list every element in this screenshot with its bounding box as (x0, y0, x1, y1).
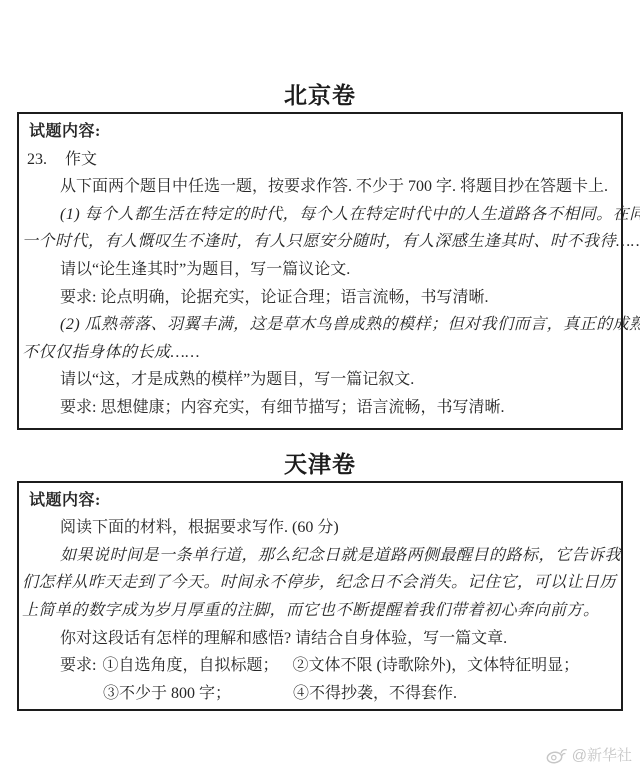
beijing-prompt2-line1: (2) 瓜熟蒂落、羽翼丰满，这是草木鸟兽成熟的模样；但对我们而言，真正的成熟却 (22, 311, 615, 339)
beijing-paper-title: 北京卷 (0, 0, 640, 109)
tianjin-paper-title: 天津卷 (0, 430, 640, 478)
beijing-question-name: 作文 (65, 151, 97, 168)
beijing-question-box: 试题内容: 23.作文 从下面两个题目中任选一题，按要求作答. 不少于 700 … (17, 112, 623, 430)
beijing-task2-line: 请以“这，才是成熟的模样”为题目，写一篇记叙文. (22, 366, 615, 394)
tianjin-intro-line: 阅读下面的材料，根据要求写作. (60 分) (22, 514, 615, 542)
tianjin-question-box: 试题内容: 阅读下面的材料，根据要求写作. (60 分) 如果说时间是一条单行道… (17, 481, 623, 712)
beijing-question-number-line: 23.作文 (22, 146, 615, 174)
beijing-prompt1-line2: 一个时代，有人慨叹生不逢时，有人只愿安分随时，有人深感生逢其时、时不我待…… (22, 228, 615, 256)
tianjin-requirements-line2: ③不少于 800 字；④不得抄袭，不得套作. (22, 680, 615, 708)
watermark: @新华社 (545, 744, 632, 765)
tianjin-question-line: 你对这段话有怎样的理解和感悟? 请结合自身体验，写一篇文章. (22, 625, 615, 653)
beijing-task1-line: 请以“论生逢其时”为题目，写一篇议论文. (22, 256, 615, 284)
tianjin-section-header: 试题内容: (22, 487, 615, 515)
beijing-requirements1-line: 要求: 论点明确，论据充实，论证合理；语言流畅，书写清晰. (22, 284, 615, 312)
beijing-prompt1-line1: (1) 每个人都生活在特定的时代，每个人在特定时代中的人生道路各不相同。在同 (22, 201, 615, 229)
tianjin-requirements-line1: 要求:①自选角度，自拟标题；②文体不限 (诗歌除外)，文体特征明显； (22, 652, 615, 680)
tianjin-material-line3: 上简单的数字成为岁月厚重的注脚，而它也不断提醒着我们带着初心奔向前方。 (22, 597, 615, 625)
beijing-question-number: 23. (27, 151, 47, 168)
beijing-intro-line: 从下面两个题目中任选一题，按要求作答. 不少于 700 字. 将题目抄在答题卡上… (22, 173, 615, 201)
beijing-prompt2-line2: 不仅仅指身体的长成…… (22, 339, 615, 367)
beijing-requirements2-line: 要求: 思想健康；内容充实，有细节描写；语言流畅，书写清晰. (22, 394, 615, 422)
tianjin-requirements-label: 要求: (60, 657, 96, 674)
tianjin-material-line2: 们怎样从昨天走到了今天。时间永不停步，纪念日不会消失。记住它，可以让日历 (22, 569, 615, 597)
tianjin-requirement-item-3: ③不少于 800 字； (103, 680, 293, 708)
tianjin-requirement-item-1: ①自选角度，自拟标题； (102, 652, 292, 680)
tianjin-material-line1: 如果说时间是一条单行道，那么纪念日就是道路两侧最醒目的路标，它告诉我 (22, 542, 615, 570)
weibo-icon (545, 745, 569, 765)
page: 北京卷 试题内容: 23.作文 从下面两个题目中任选一题，按要求作答. 不少于 … (0, 0, 640, 711)
tianjin-requirement-item-4: ④不得抄袭，不得套作. (293, 685, 457, 702)
tianjin-requirement-item-2: ②文体不限 (诗歌除外)，文体特征明显； (292, 657, 579, 674)
watermark-handle: @新华社 (572, 744, 632, 765)
beijing-section-header: 试题内容: (22, 118, 615, 146)
